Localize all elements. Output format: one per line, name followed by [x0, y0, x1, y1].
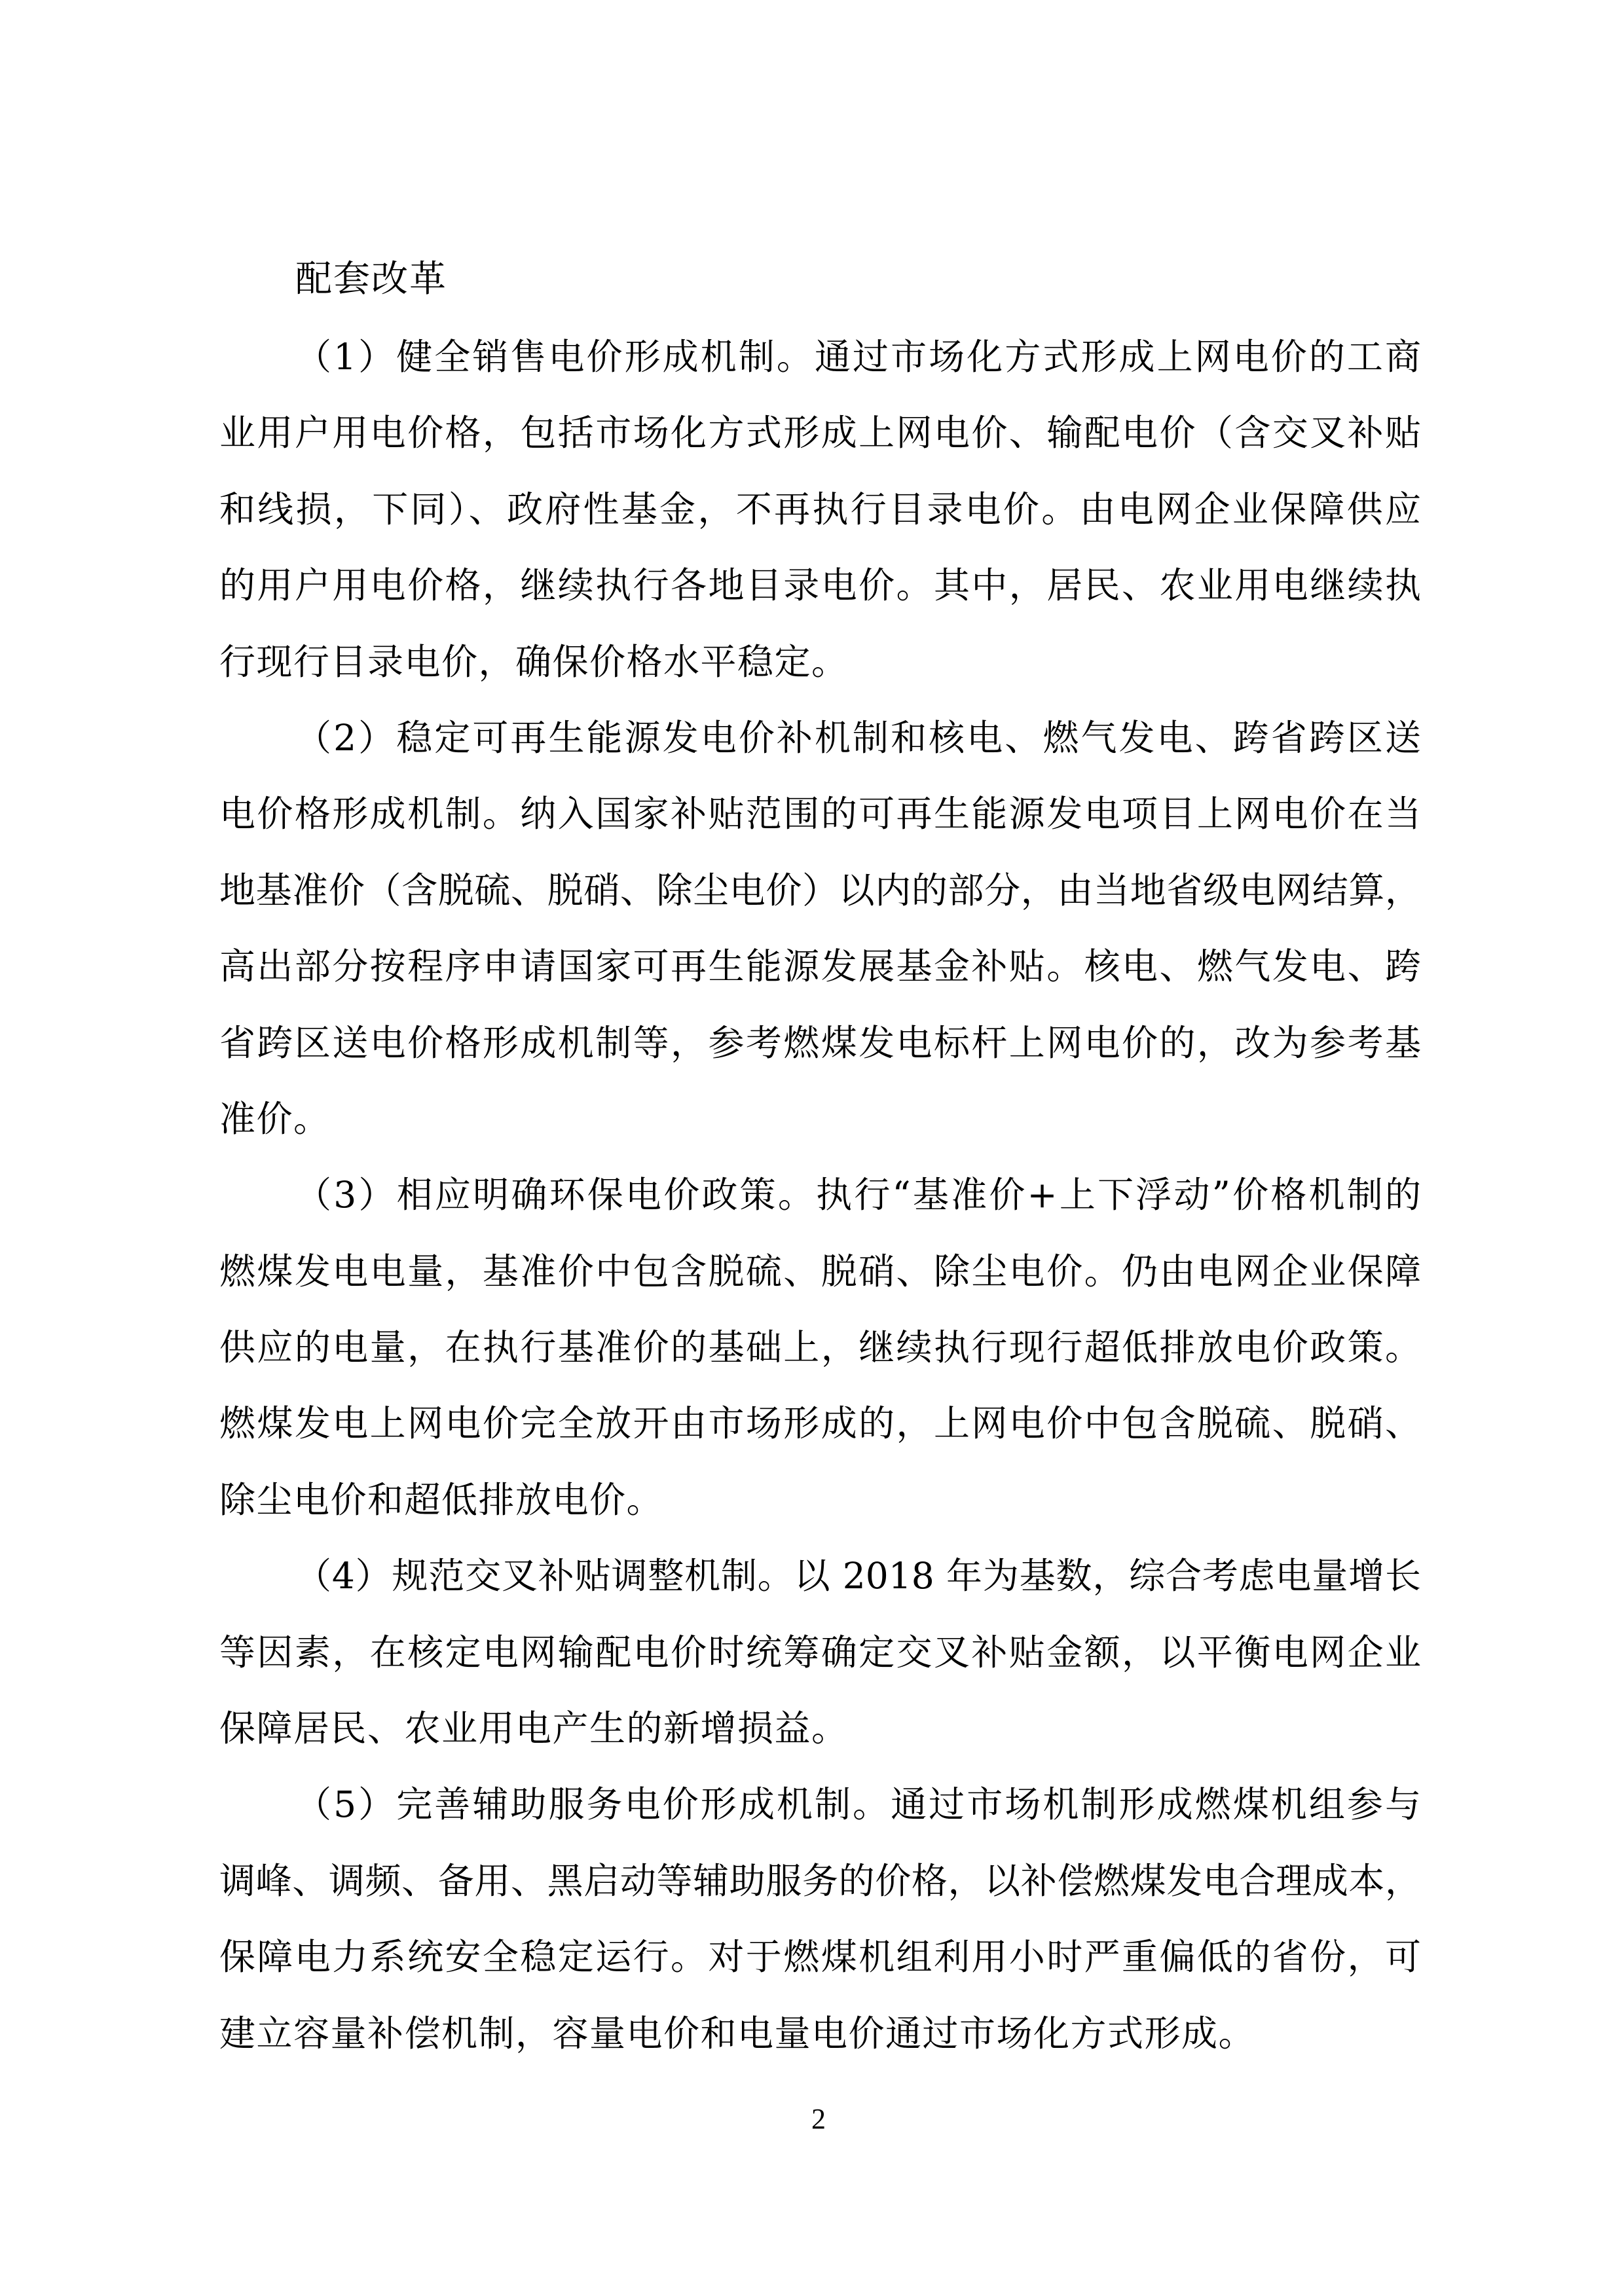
paragraph-line: 省跨区送电价格形成机制等，参考燃煤发电标杆上网电价的，改为参考基 [219, 1020, 1421, 1096]
paragraph-line: （5）完善辅助服务电价形成机制。通过市场机制形成燃煤机组参与 [219, 1781, 1421, 1857]
paragraph-line: 和线损，下同）、政府性基金，不再执行目录电价。由电网企业保障供应 [219, 486, 1421, 562]
paragraph-line: （4）规范交叉补贴调整机制。以 2018 年为基数，综合考虑电量增长 [219, 1553, 1421, 1629]
paragraph-line: 除尘电价和超低排放电价。 [219, 1477, 1421, 1553]
paragraph-line: （2）稳定可再生能源发电价补机制和核电、燃气发电、跨省跨区送 [219, 715, 1421, 791]
paragraph-line: 行现行目录电价，确保价格水平稳定。 [219, 639, 1421, 715]
paragraph-line: 准价。 [219, 1096, 1421, 1172]
body-text: （1）健全销售电价形成机制。通过市场化方式形成上网电价的工商 业用户用电价格，包… [219, 334, 1421, 2086]
paragraph-line: 高出部分按程序申请国家可再生能源发展基金补贴。核电、燃气发电、跨 [219, 943, 1421, 1019]
paragraph-line: 地基准价（含脱硫、脱硝、除尘电价）以内的部分，由当地省级电网结算， [219, 867, 1421, 943]
paragraph-line: 供应的电量，在执行基准价的基础上，继续执行现行超低排放电价政策。 [219, 1324, 1421, 1400]
paragraph-line: 燃煤发电上网电价完全放开由市场形成的，上网电价中包含脱硫、脱硝、 [219, 1400, 1421, 1476]
paragraph-line: 的用户用电价格，继续执行各地目录电价。其中，居民、农业用电继续执 [219, 562, 1421, 638]
paragraph-line: 等因素，在核定电网输配电价时统筹确定交叉补贴金额，以平衡电网企业 [219, 1630, 1421, 1705]
paragraph-line: 建立容量补偿机制，容量电价和电量电价通过市场化方式形成。 [219, 2011, 1421, 2086]
paragraph-line: 保障电力系统安全稳定运行。对于燃煤机组利用小时严重偏低的省份，可 [219, 1934, 1421, 2010]
paragraph-line: 业用户用电价格，包括市场化方式形成上网电价、输配电价（含交叉补贴 [219, 410, 1421, 486]
paragraph-line: 调峰、调频、备用、黑启动等辅助服务的价格，以补偿燃煤发电合理成本， [219, 1858, 1421, 1934]
paragraph-line: （1）健全销售电价形成机制。通过市场化方式形成上网电价的工商 [219, 334, 1421, 410]
paragraph-5: （5）完善辅助服务电价形成机制。通过市场机制形成燃煤机组参与 调峰、调频、备用、… [219, 1781, 1421, 2086]
page-number: 2 [805, 2103, 832, 2136]
paragraph-line: 保障居民、农业用电产生的新增损益。 [219, 1705, 1421, 1781]
section-heading: 配套改革 [295, 257, 447, 302]
paragraph-line: 电价格形成机制。纳入国家补贴范围的可再生能源发电项目上网电价在当 [219, 791, 1421, 867]
paragraph-4: （4）规范交叉补贴调整机制。以 2018 年为基数，综合考虑电量增长 等因素，在… [219, 1553, 1421, 1781]
paragraph-line: 燃煤发电电量，基准价中包含脱硫、脱硝、除尘电价。仍由电网企业保障 [219, 1248, 1421, 1324]
document-page: 配套改革 （1）健全销售电价形成机制。通过市场化方式形成上网电价的工商 业用户用… [0, 0, 1624, 2296]
paragraph-1: （1）健全销售电价形成机制。通过市场化方式形成上网电价的工商 业用户用电价格，包… [219, 334, 1421, 715]
paragraph-2: （2）稳定可再生能源发电价补机制和核电、燃气发电、跨省跨区送 电价格形成机制。纳… [219, 715, 1421, 1172]
paragraph-3: （3）相应明确环保电价政策。执行“基准价+上下浮动”价格机制的 燃煤发电电量，基… [219, 1172, 1421, 1553]
paragraph-line: （3）相应明确环保电价政策。执行“基准价+上下浮动”价格机制的 [219, 1172, 1421, 1248]
